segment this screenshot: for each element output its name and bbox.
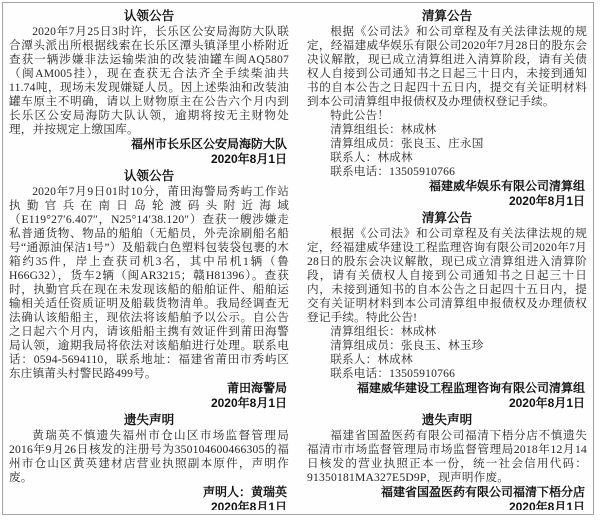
signature-date: 2020年8月1日 xyxy=(307,396,585,411)
notice-title: 认领公告 xyxy=(9,168,289,184)
signature-issuer: 莆田海警局 xyxy=(9,381,287,396)
notice: 遗失声明 福建省国盈医药有限公司福清下梧分店不慎遗失福清市市场监督管理局市场监督… xyxy=(307,412,587,510)
notice-signature: 福建威华娱乐有限公司清算组2020年8月1日 xyxy=(307,179,587,208)
signature-issuer: 福州市长乐区公安局海防大队 xyxy=(9,137,287,152)
notice-signature: 声明人：黄瑞英2020年8月1日 xyxy=(9,485,289,510)
notice-paragraph: 根据《公司法》和公司章程及有关法律法规的规定，经福建威华建设工程监理咨询有限公司… xyxy=(307,227,587,325)
notice-title: 清算公告 xyxy=(307,8,587,24)
notice: 清算公告 根据《公司法》和公司章程及有关法律法规的规定，经福建威华建设工程监理咨… xyxy=(307,210,587,410)
notice-signature: 福建威华建设工程监理咨询有限公司清算组2020年8月1日 xyxy=(307,381,587,410)
contact-line: 联系电话：13505910766 xyxy=(307,367,587,381)
notice-signature: 福州市长乐区公安局海防大队2020年8月1日 xyxy=(9,137,289,166)
notice-body: 黄瑞英不慎遗失福州市仓山区市场监督管理局2016年9月26日核发的注册号为350… xyxy=(9,429,289,485)
signature-date: 2020年8月1日 xyxy=(9,500,287,510)
notice: 认领公告 2020年7月9日01时10分，莆田海警局秀屿工作站执勤官兵在南日岛轮… xyxy=(9,168,289,410)
notice-paragraph: 黄瑞英不慎遗失福州市仓山区市场监督管理局2016年9月26日核发的注册号为350… xyxy=(9,429,289,485)
contact-line: 清算组组长：林成林 xyxy=(307,325,587,339)
signature-issuer: 声明人：黄瑞英 xyxy=(9,485,287,500)
notice-columns: 认领公告 2020年7月25日3时许，长乐区公安局海防大队联合潭头派出所根据线索… xyxy=(9,8,587,510)
contact-line: 清算组组长：林成林 xyxy=(307,123,587,137)
notice-signature: 福建省国盈医药有限公司福清下梧分店2020年8月1日 xyxy=(307,485,587,510)
newspaper-notice-page: 认领公告 2020年7月25日3时许，长乐区公安局海防大队联合潭头派出所根据线索… xyxy=(2,2,594,515)
signature-date: 2020年8月1日 xyxy=(307,500,585,510)
notice-paragraph: 特此公告！ xyxy=(307,109,587,123)
signature-date: 2020年8月1日 xyxy=(307,194,585,209)
notice-body: 2020年7月9日01时10分，莆田海警局秀屿工作站执勤官兵在南日岛轮渡码头附近… xyxy=(9,185,289,381)
column-right: 清算公告 根据《公司法》和公司章程及有关法律法规的规定，经福建威华娱乐有限公司2… xyxy=(307,8,587,510)
contact-line: 联系电话：13505910766 xyxy=(307,165,587,179)
notice-title: 认领公告 xyxy=(9,8,289,24)
notice-paragraph: 根据《公司法》和公司章程及有关法律法规的规定，经福建威华娱乐有限公司2020年7… xyxy=(307,25,587,109)
signature-date: 2020年8月1日 xyxy=(9,152,287,167)
notice-contacts: 清算组组长：林成林清算组成员：张良玉、林玉珍联系人：林成林联系电话：135059… xyxy=(307,325,587,381)
notice-paragraph: 2020年7月25日3时许，长乐区公安局海防大队联合潭头派出所根据线索在长乐区潭… xyxy=(9,25,289,137)
notice: 认领公告 2020年7月25日3时许，长乐区公安局海防大队联合潭头派出所根据线索… xyxy=(9,8,289,166)
signature-date: 2020年8月1日 xyxy=(9,396,287,411)
contact-line: 清算组成员：张良玉、林玉珍 xyxy=(307,339,587,353)
contact-line: 清算组成员：张良玉、庄永国 xyxy=(307,137,587,151)
notice-body: 根据《公司法》和公司章程及有关法律法规的规定，经福建威华娱乐有限公司2020年7… xyxy=(307,25,587,123)
notice-paragraph: 福建省国盈医药有限公司福清下梧分店不慎遗失福清市市场监督管理局市场监督管理局20… xyxy=(307,429,587,485)
column-left: 认领公告 2020年7月25日3时许，长乐区公安局海防大队联合潭头派出所根据线索… xyxy=(9,8,289,510)
notice-paragraph: 2020年7月9日01时10分，莆田海警局秀屿工作站执勤官兵在南日岛轮渡码头附近… xyxy=(9,185,289,381)
notice-body: 根据《公司法》和公司章程及有关法律法规的规定，经福建威华建设工程监理咨询有限公司… xyxy=(307,227,587,325)
notice-signature: 莆田海警局2020年8月1日 xyxy=(9,381,289,410)
notice-body: 2020年7月25日3时许，长乐区公安局海防大队联合潭头派出所根据线索在长乐区潭… xyxy=(9,25,289,137)
notice: 清算公告 根据《公司法》和公司章程及有关法律法规的规定，经福建威华娱乐有限公司2… xyxy=(307,8,587,208)
notice-body: 福建省国盈医药有限公司福清下梧分店不慎遗失福清市市场监督管理局市场监督管理局20… xyxy=(307,429,587,485)
signature-issuer: 福建威华娱乐有限公司清算组 xyxy=(307,179,585,194)
signature-issuer: 福建威华建设工程监理咨询有限公司清算组 xyxy=(307,381,585,396)
contact-line: 联系人：林成林 xyxy=(307,151,587,165)
signature-issuer: 福建省国盈医药有限公司福清下梧分店 xyxy=(307,485,585,500)
notice-title: 清算公告 xyxy=(307,210,587,226)
notice-title: 遗失声明 xyxy=(307,412,587,428)
notice: 遗失声明 黄瑞英不慎遗失福州市仓山区市场监督管理局2016年9月26日核发的注册… xyxy=(9,412,289,510)
notice-title: 遗失声明 xyxy=(9,412,289,428)
contact-line: 联系人：林成林 xyxy=(307,353,587,367)
notice-contacts: 清算组组长：林成林清算组成员：张良玉、庄永国联系人：林成林联系电话：135059… xyxy=(307,123,587,179)
